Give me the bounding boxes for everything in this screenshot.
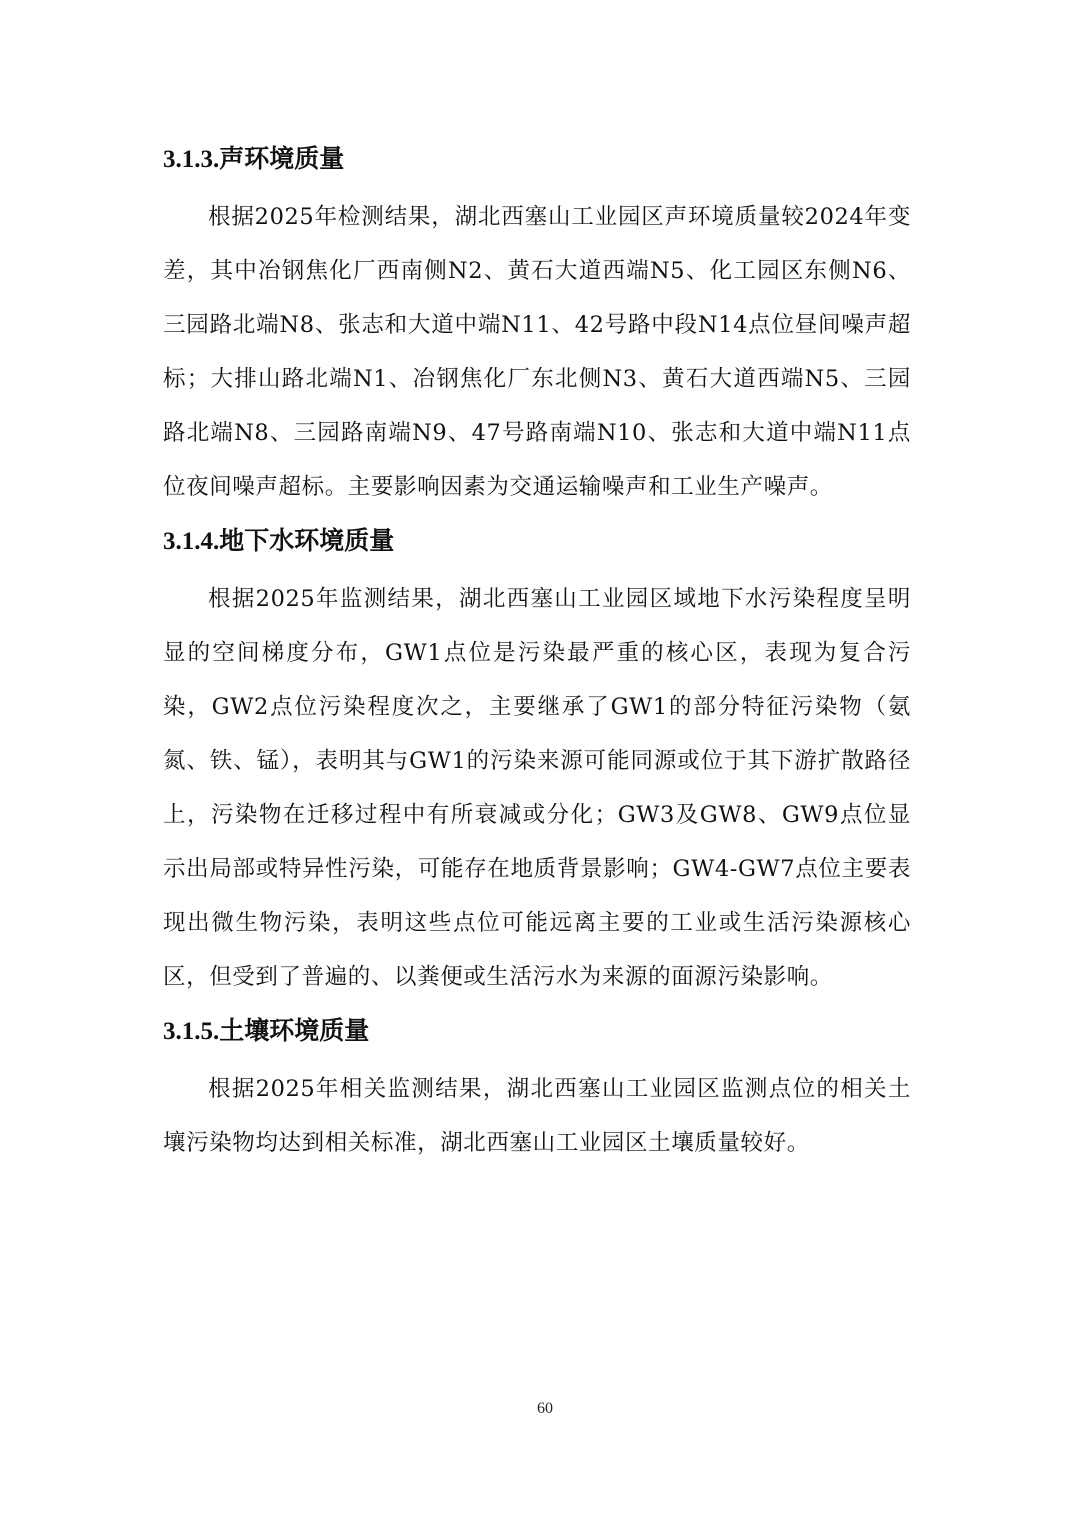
section-heading: 3.1.3.声环境质量 [163,138,911,182]
page-content: 3.1.3.声环境质量 根据2025年检测结果，湖北西塞山工业园区声环境质量较2… [163,138,911,1170]
section-groundwater-environment-quality: 3.1.4.地下水环境质量 根据2025年监测结果，湖北西塞山工业园区域地下水污… [163,520,911,1004]
section-noise-environment-quality: 3.1.3.声环境质量 根据2025年检测结果，湖北西塞山工业园区声环境质量较2… [163,138,911,514]
section-soil-environment-quality: 3.1.5.土壤环境质量 根据2025年相关监测结果，湖北西塞山工业园区监测点位… [163,1010,911,1170]
document-page: 3.1.3.声环境质量 根据2025年检测结果，湖北西塞山工业园区声环境质量较2… [0,0,1074,1520]
section-heading: 3.1.4.地下水环境质量 [163,520,911,564]
section-paragraph: 根据2025年监测结果，湖北西塞山工业园区域地下水污染程度呈明显的空间梯度分布，… [163,572,911,1004]
section-paragraph: 根据2025年检测结果，湖北西塞山工业园区声环境质量较2024年变差，其中冶钢焦… [163,190,911,514]
page-number: 60 [0,1400,1074,1418]
section-paragraph: 根据2025年相关监测结果，湖北西塞山工业园区监测点位的相关土壤污染物均达到相关… [163,1062,911,1170]
section-heading: 3.1.5.土壤环境质量 [163,1010,911,1054]
